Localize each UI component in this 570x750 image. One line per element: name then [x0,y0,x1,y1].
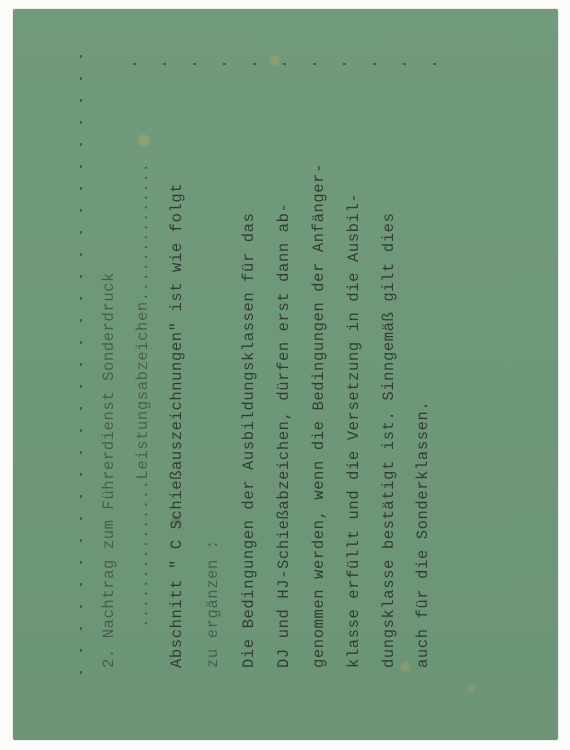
text-line: Abschnitt " C Schießauszeichnungen" ist … [168,183,186,668]
subheading-line: ...............Leistungsabzeichen.......… [134,163,152,628]
heading-line: 2. Nachtrag zum Führerdienst Sonderdruck [100,272,118,668]
text-line: DJ und HJ-Schießabzeichen, dürfen erst d… [275,203,293,668]
text-line: Die Bedingungen der Ausbildungsklassen f… [240,213,258,668]
text-line: dungsklasse bestätigt ist. Sinngemäß gil… [380,213,398,668]
dotted-guide-column [80,55,82,675]
text-line: zu ergänzen : [204,539,222,668]
typewritten-text-block: 2. Nachtrag zum Führerdienst Sonderdruck… [100,68,420,668]
text-line: auch für die Sonderklassen. [414,401,432,668]
text-line: klasse erfüllt und die Versetzung in die… [345,193,363,668]
text-line: genommen werden, wenn die Bedingungen de… [310,163,328,668]
dotted-guide-row [133,63,463,65]
scanned-page: 2. Nachtrag zum Führerdienst Sonderdruck… [0,0,570,750]
